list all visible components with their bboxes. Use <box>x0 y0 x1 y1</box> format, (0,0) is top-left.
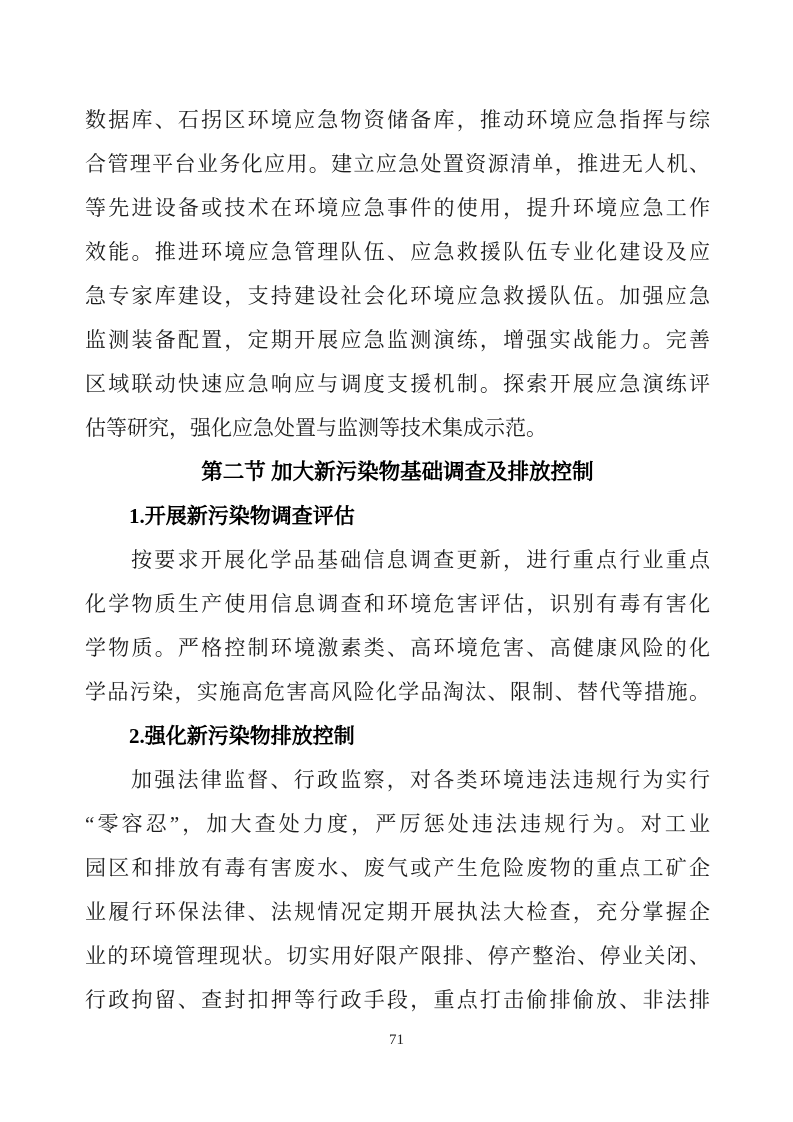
body-line: 效能。推进环境应急管理队伍、应急救援队伍专业化建设及应 <box>85 230 710 274</box>
body-line: 按要求开展化学品基础信息调查更新，进行重点行业重点 <box>85 538 710 582</box>
body-line: 园区和排放有毒有害废水、废气或产生危险废物的重点工矿企 <box>85 846 710 890</box>
section-heading: 第二节 加大新污染物基础调查及排放控制 <box>85 450 710 494</box>
body-line: 业履行环保法律、法规情况定期开展执法大检查，充分掌握企 <box>85 890 710 934</box>
document-page: 数据库、石拐区环境应急物资储备库，推动环境应急指挥与综 合管理平台业务化应用。建… <box>0 0 793 1122</box>
body-line: 学物质。严格控制环境激素类、高环境危害、高健康风险的化 <box>85 626 710 670</box>
body-line: 监测装备配置，定期开展应急监测演练，增强实战能力。完善 <box>85 318 710 362</box>
body-line: 估等研究，强化应急处置与监测等技术集成示范。 <box>85 406 710 450</box>
body-line: 等先进设备或技术在环境应急事件的使用，提升环境应急工作 <box>85 186 710 230</box>
body-line: 急专家库建设，支持建设社会化环境应急救援队伍。加强应急 <box>85 274 710 318</box>
body-line: 加强法律监督、行政监察，对各类环境违法违规行为实行 <box>85 758 710 802</box>
body-line: 化学物质生产使用信息调查和环境危害评估，识别有毒有害化 <box>85 582 710 626</box>
page-number: 71 <box>0 1030 793 1050</box>
body-line: 学品污染，实施高危害高风险化学品淘汰、限制、替代等措施。 <box>85 670 710 714</box>
body-line: 行政拘留、查封扣押等行政手段，重点打击偷排偷放、非法排 <box>85 978 710 1022</box>
body-line: 区域联动快速应急响应与调度支援机制。探索开展应急演练评 <box>85 362 710 406</box>
body-line: “零容忍”，加大查处力度，严厉惩处违法违规行为。对工业 <box>85 802 710 846</box>
subheading-1: 1.开展新污染物调查评估 <box>85 494 710 538</box>
body-line: 数据库、石拐区环境应急物资储备库，推动环境应急指挥与综 <box>85 98 710 142</box>
body-line: 合管理平台业务化应用。建立应急处置资源清单，推进无人机、 <box>85 142 710 186</box>
subheading-2: 2.强化新污染物排放控制 <box>85 714 710 758</box>
body-line: 业的环境管理现状。切实用好限产限排、停产整治、停业关闭、 <box>85 934 710 978</box>
page-content: 数据库、石拐区环境应急物资储备库，推动环境应急指挥与综 合管理平台业务化应用。建… <box>85 98 710 1022</box>
